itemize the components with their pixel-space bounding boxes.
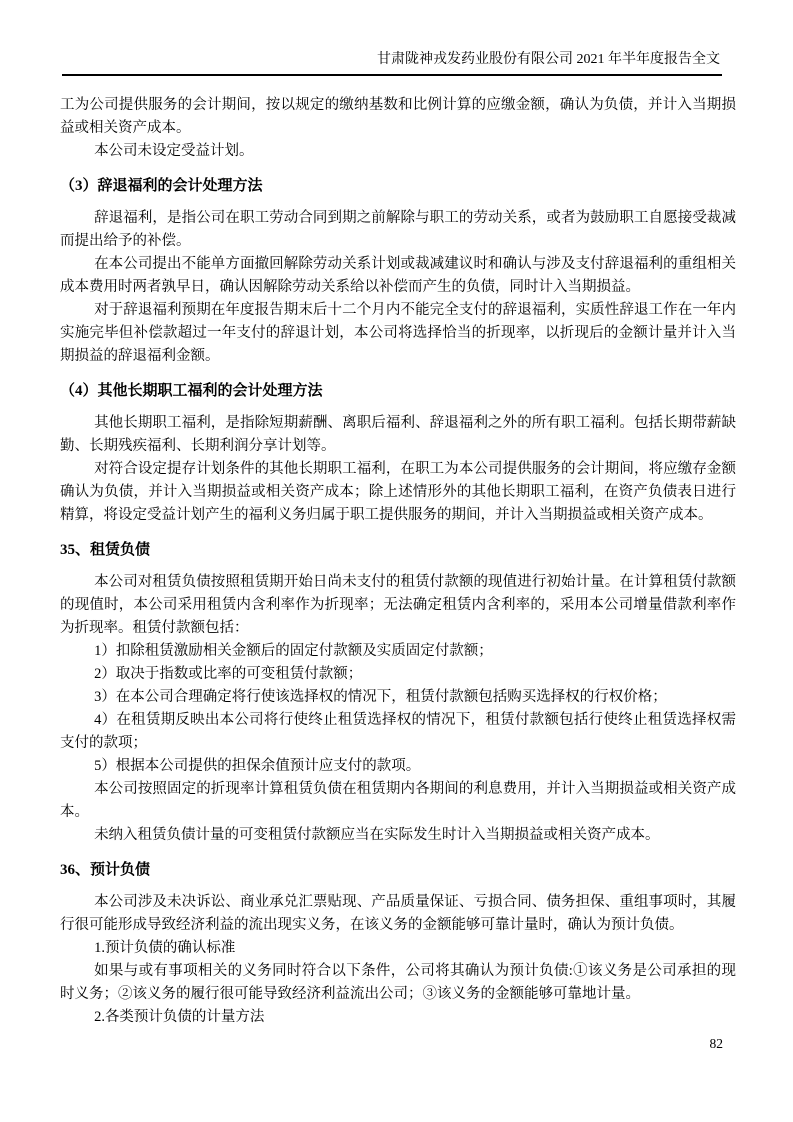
paragraph: 2.各类预计负债的计量方法 <box>60 1006 736 1029</box>
paragraph: 本公司对租赁负债按照租赁期开始日尚未支付的租赁付款额的现值进行初始计量。在计算租… <box>60 571 736 640</box>
section-heading-3: （3）辞退福利的会计处理方法 <box>60 176 736 196</box>
paragraph: 未纳入租赁负债计量的可变租赁付款额应当在实际发生时计入当期损益或相关资产成本。 <box>60 824 736 847</box>
paragraph: 本公司未设定受益计划。 <box>60 140 736 163</box>
list-item: 3）在本公司合理确定将行使该选择权的情况下，租赁付款额包括购买选择权的行权价格； <box>60 686 736 709</box>
header-rule <box>62 74 722 76</box>
paragraph: 在本公司提出不能单方面撤回解除劳动关系计划或裁减建议时和确认与涉及支付辞退福利的… <box>60 253 736 299</box>
paragraph: 对符合设定提存计划条件的其他长期职工福利，在职工为本公司提供服务的会计期间，将应… <box>60 458 736 527</box>
page-number: 82 <box>710 1036 724 1052</box>
page-header: 甘肃陇神戎发药业股份有限公司 2021 年半年度报告全文 <box>0 0 793 69</box>
section-heading-4: （4）其他长期职工福利的会计处理方法 <box>60 381 736 401</box>
paragraph: 1.预计负债的确认标准 <box>60 937 736 960</box>
list-item: 2）取决于指数或比率的可变租赁付款额； <box>60 663 736 686</box>
list-item: 1）扣除租赁激励相关金额后的固定付款额及实质固定付款额； <box>60 640 736 663</box>
document-body: 工为公司提供服务的会计期间，按以规定的缴纳基数和比例计算的应缴金额，确认为负债，… <box>60 94 736 1029</box>
paragraph: 本公司涉及未决诉讼、商业承兑汇票贴现、产品质量保证、亏损合同、债务担保、重组事项… <box>60 891 736 937</box>
section-heading-35: 35、租赁负债 <box>60 540 736 560</box>
paragraph-continuation: 工为公司提供服务的会计期间，按以规定的缴纳基数和比例计算的应缴金额，确认为负债，… <box>60 94 736 140</box>
list-item: 5）根据本公司提供的担保余值预计应支付的款项。 <box>60 755 736 778</box>
paragraph: 辞退福利，是指公司在职工劳动合同到期之前解除与职工的劳动关系，或者为鼓励职工自愿… <box>60 207 736 253</box>
paragraph: 其他长期职工福利，是指除短期薪酬、离职后福利、辞退福利之外的所有职工福利。包括长… <box>60 412 736 458</box>
paragraph: 如果与或有事项相关的义务同时符合以下条件，公司将其确认为预计负债:①该义务是公司… <box>60 960 736 1006</box>
report-page: 甘肃陇神戎发药业股份有限公司 2021 年半年度报告全文 工为公司提供服务的会计… <box>0 0 793 1122</box>
paragraph: 对于辞退福利预期在年度报告期末后十二个月内不能完全支付的辞退福利，实质性辞退工作… <box>60 299 736 368</box>
section-heading-36: 36、预计负债 <box>60 860 736 880</box>
header-title: 甘肃陇神戎发药业股份有限公司 2021 年半年度报告全文 <box>377 52 720 67</box>
list-item: 4）在租赁期反映出本公司将行使终止租赁选择权的情况下，租赁付款额包括行使终止租赁… <box>60 709 736 755</box>
paragraph: 本公司按照固定的折现率计算租赁负债在租赁期内各期间的利息费用，并计入当期损益或相… <box>60 778 736 824</box>
